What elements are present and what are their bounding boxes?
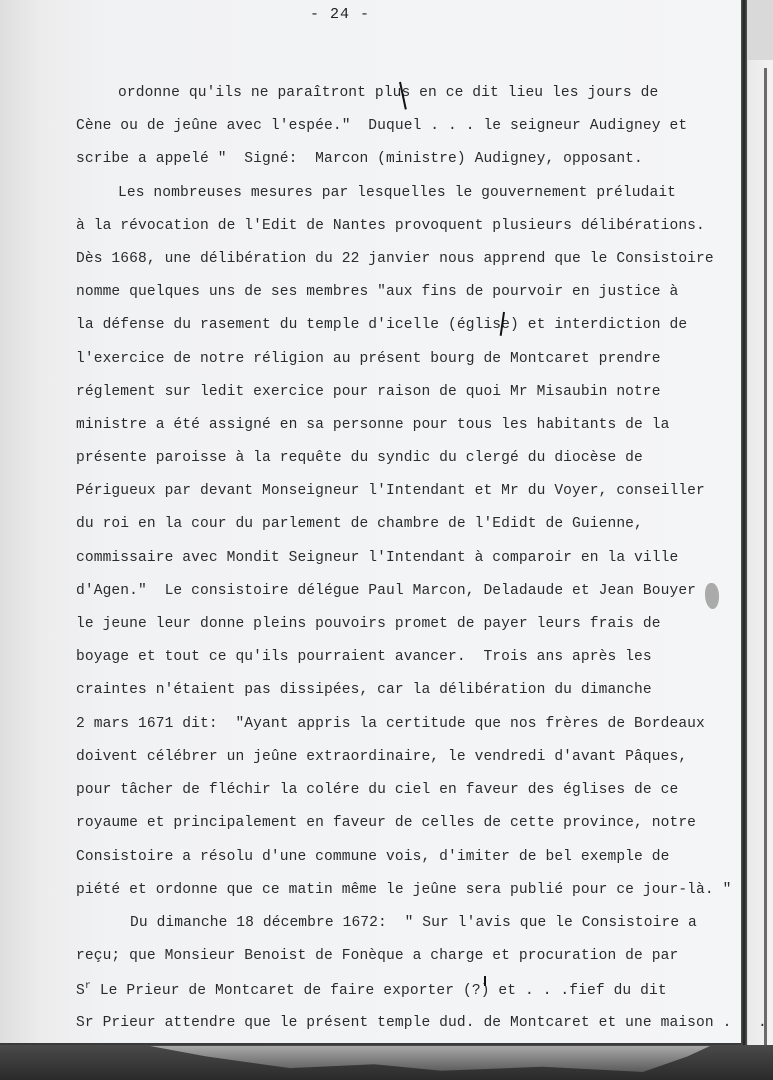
text-line: nomme quelques uns de ses membres "aux f… — [76, 284, 678, 300]
text-line: ordonne qu'ils ne paraîtront plus en ce … — [118, 85, 658, 101]
text-line: royaume et principalement en faveur de c… — [76, 815, 696, 831]
text-line: Dès 1668, une délibération du 22 janvier… — [76, 251, 714, 267]
text-line: boyage et tout ce qu'ils pourraient avan… — [76, 649, 652, 665]
page-number: - 24 - — [310, 6, 370, 23]
text-line: à la révocation de l'Edit de Nantes prov… — [76, 218, 705, 234]
text-line: reçu; que Monsieur Benoist de Fonèque a … — [76, 948, 678, 964]
text-line: ministre a été assigné en sa personne po… — [76, 417, 669, 433]
handwritten-mark — [484, 976, 486, 986]
text-rest: Le Prieur de Montcaret de faire exporter… — [100, 983, 667, 999]
text-line: commissaire avec Mondit Seigneur l'Inten… — [76, 550, 678, 566]
back-sheet — [748, 60, 773, 1050]
typewritten-page: - 24 - ordonne qu'ils ne paraîtront plus… — [0, 0, 745, 1045]
text-line: présente paroisse à la requête du syndic… — [76, 450, 643, 466]
text-line: Les nombreuses mesures par lesquelles le… — [118, 185, 676, 201]
text-line: scribe a appelé " Signé: Marcon (ministr… — [76, 151, 643, 167]
text-line: le jeune leur donne pleins pouvoirs prom… — [76, 616, 661, 632]
text-line: piété et ordonne que ce matin même le je… — [76, 882, 731, 898]
text-line: pour tâcher de fléchir la colére du ciel… — [76, 782, 678, 798]
text-line: Cène ou de jeûne avec l'espée." Duquel .… — [76, 118, 687, 134]
text-line: Du dimanche 18 décembre 1672: " Sur l'av… — [130, 915, 697, 931]
text-line-with-superscript: Sr Le Prieur de Montcaret de faire expor… — [76, 981, 667, 999]
text-line: Sr Prieur attendre que le présent temple… — [76, 1015, 767, 1031]
text-line: 2 mars 1671 dit: "Ayant appris la certit… — [76, 716, 705, 732]
back-sheet-edge — [764, 68, 767, 1048]
page-edge — [741, 0, 747, 1045]
text-line: réglement sur ledit exercice pour raison… — [76, 384, 661, 400]
text-prefix: S — [76, 983, 85, 999]
text-line: l'exercice de notre réligion au présent … — [76, 351, 661, 367]
superscript: r — [85, 981, 91, 992]
text-line: Périgueux par devant Monseigneur l'Inten… — [76, 483, 705, 499]
text-line: d'Agen." Le consistoire délégue Paul Mar… — [76, 583, 696, 599]
text-line: Consistoire a résolu d'une commune vois,… — [76, 849, 669, 865]
text-line: la défense du rasement du temple d'icell… — [76, 317, 687, 333]
text-line: doivent célébrer un jeûne extraordinaire… — [76, 749, 687, 765]
text-line: craintes n'étaient pas dissipées, car la… — [76, 682, 652, 698]
text-line: du roi en la cour du parlement de chambr… — [76, 516, 643, 532]
ink-smudge — [705, 583, 719, 609]
